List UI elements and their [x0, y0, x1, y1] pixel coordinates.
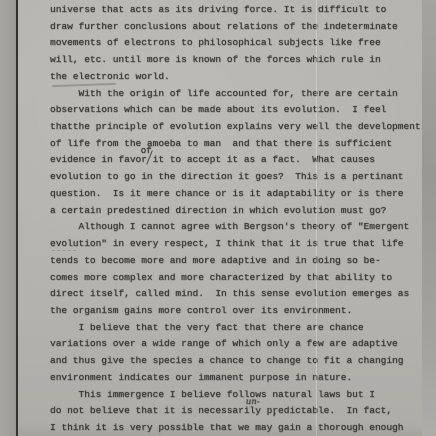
typed-line: With the origin of life accounted for, t…: [50, 86, 420, 103]
scan-left-margin: [0, 0, 16, 436]
typed-line: observations which can be made about its…: [50, 102, 420, 119]
typewritten-text-block: universe that acts as its driving force.…: [50, 2, 420, 436]
typed-line-text: evidence in favor it to accept it as a f…: [50, 154, 375, 165]
typed-line-text: environment indicates our immanent purpo…: [50, 372, 352, 383]
typed-line: I think it is very possible that we may …: [50, 420, 420, 436]
typed-line: evolution" in every respect, I think tha…: [50, 236, 420, 253]
typed-line-text: a certain predestined direction in which…: [50, 205, 386, 216]
faint-dashes: [52, 250, 76, 251]
typed-line: This immergence I believe follows natura…: [50, 387, 420, 404]
typed-line: variations over a wide range of which on…: [50, 336, 420, 353]
typed-line-text: I believe that the very fact that there …: [79, 322, 364, 333]
typed-line-text: universe that acts as its driving force.…: [50, 4, 386, 15]
typed-line-text: the organism gains more control over its…: [50, 305, 352, 316]
typed-line-text: do not believe that it is necessarily pr…: [50, 405, 392, 416]
typed-line: I believe that the very fact that there …: [50, 320, 420, 337]
typed-line-text: This immergence I believe follows natura…: [79, 389, 375, 400]
typed-line: draw further conclusions about relations…: [50, 19, 420, 36]
typed-line: a certain predestined direction in which…: [50, 203, 420, 220]
typed-line: question. Is it mere chance or is it ada…: [50, 186, 420, 203]
typed-line-text: direct itself, called mind. In this sens…: [50, 288, 409, 299]
typed-line-text: draw further conclusions about relations…: [50, 21, 398, 32]
typed-line-text: observations which can be made about its…: [50, 104, 386, 115]
typed-line: movements of electrons to philosophical …: [50, 35, 420, 52]
typed-line-text: will, etc. until more is known of the fo…: [50, 54, 381, 65]
typed-line-text: Although I cannot agree with Bergson's t…: [79, 221, 410, 232]
typed-line-text: evolution" in every respect, I think tha…: [50, 238, 403, 249]
typed-line-text: the electronic world.: [50, 71, 170, 82]
vertical-crease: [316, 0, 317, 436]
typed-line: evolution to go in the direction it goes…: [50, 169, 420, 186]
typed-line: Although I cannot agree with Bergson's t…: [50, 219, 420, 236]
typed-line-text: variations over a wide range of which on…: [50, 338, 398, 349]
typed-line: tends to become more and more adaptive a…: [50, 253, 420, 270]
typed-line-text: question. Is it mere chance or is it ada…: [50, 188, 403, 199]
scanned-document-page: universe that acts as its driving force.…: [0, 0, 436, 436]
handwritten-insertion: un-: [246, 394, 260, 411]
typed-line: comes more complex and more characterize…: [50, 270, 420, 287]
typed-line-text: evolution to go in the direction it goes…: [50, 171, 403, 182]
typed-line: the organism gains more control over its…: [50, 303, 420, 320]
typed-line: and thus give the species a chance to ch…: [50, 353, 420, 370]
typed-line: environment indicates our immanent purpo…: [50, 370, 420, 387]
typed-line-text: and thus give the species a chance to ch…: [50, 355, 403, 366]
typed-line: of life from the amoeba to man and that …: [50, 136, 420, 153]
typed-line-text: tends to become more and more adaptive a…: [50, 255, 381, 266]
typed-line: evidence in favor it to accept it as a f…: [50, 152, 420, 169]
typed-line: direct itself, called mind. In this sens…: [50, 286, 420, 303]
typed-line-text: movements of electrons to philosophical …: [50, 37, 381, 48]
typed-line: will, etc. until more is known of the fo…: [50, 52, 420, 69]
typed-line: thatthe principle of evolution explains …: [50, 119, 420, 136]
scan-right-margin: [422, 0, 436, 436]
typed-line-text: comes more complex and more characterize…: [50, 272, 392, 283]
typed-line: do not believe that it is necessarily pr…: [50, 403, 420, 420]
typed-line-text: With the origin of life accounted for, t…: [79, 88, 398, 99]
typed-line: universe that acts as its driving force.…: [50, 2, 420, 19]
typed-line-text: thatthe principle of evolution explains …: [50, 121, 421, 132]
typed-line-text: of life from the amoeba to man and that …: [50, 138, 392, 149]
paper-sheet: universe that acts as its driving force.…: [16, 0, 422, 436]
typed-line-text: I think it is very possible that we may …: [50, 422, 403, 433]
